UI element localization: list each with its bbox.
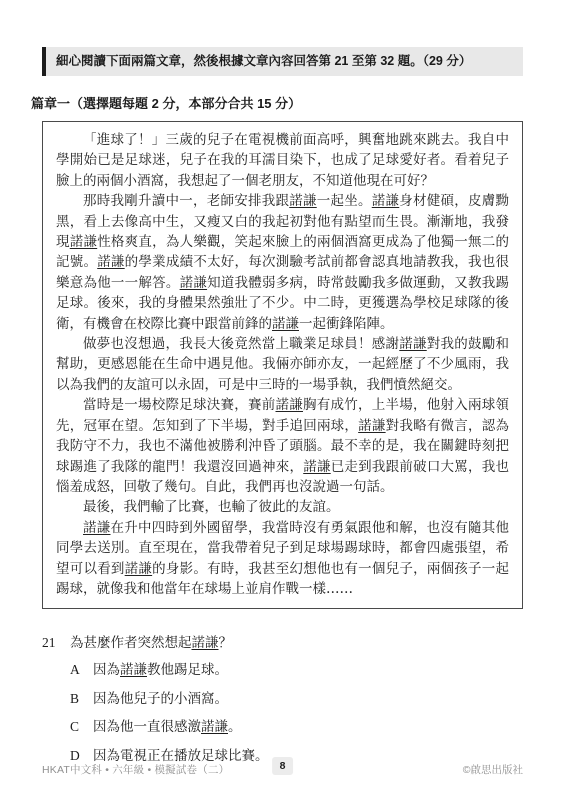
passage-paragraph: 「進球了！」三歲的兒子在電視機前面高呼，興奮地跳來跳去。我自中學開始已是足球迷，… <box>56 130 509 191</box>
option-letter: B <box>70 691 93 707</box>
option-row: C因為他一直很感激諾謙。 <box>70 715 523 735</box>
section-heading: 篇章一（選擇題每題 2 分，本部分合共 15 分） <box>31 93 301 112</box>
question-block: 21 為甚麼作者突然想起諾謙？ A因為諾謙教他踢足球。B因為他兒子的小酒窩。C因… <box>42 631 523 772</box>
option-letter: C <box>70 719 93 735</box>
question-stem-row: 21 為甚麼作者突然想起諾謙？ <box>42 631 523 651</box>
page-footer: HKAT中文科 • 六年級 • 模擬試卷（二） 8 ©啟思出版社 <box>42 757 523 779</box>
instruction-text: 細心閱讀下面兩篇文章，然後根據文章內容回答第 21 至第 32 題。（29 分） <box>46 47 479 76</box>
option-row: A因為諾謙教他踢足球。 <box>70 658 523 678</box>
option-text: 因為諾謙教他踢足球。 <box>93 658 523 678</box>
instruction-banner: 細心閱讀下面兩篇文章，然後根據文章內容回答第 21 至第 32 題。（29 分） <box>42 47 523 76</box>
footer-left-text: HKAT中文科 • 六年級 • 模擬試卷（二） <box>42 762 229 777</box>
option-letter: A <box>70 662 93 678</box>
question-stem: 為甚麼作者突然想起諾謙？ <box>70 631 523 651</box>
option-text: 因為他一直很感激諾謙。 <box>93 715 523 735</box>
option-row: B因為他兒子的小酒窩。 <box>70 687 523 707</box>
footer-right-text: ©啟思出版社 <box>463 762 523 777</box>
exam-page: 細心閱讀下面兩篇文章，然後根據文章內容回答第 21 至第 32 題。（29 分）… <box>0 0 566 800</box>
passage-paragraph: 諾謙在升中四時到外國留學，我當時沒有勇氣跟他和解，也沒有隨其他同學去送別。直至現… <box>56 518 509 600</box>
option-text: 因為他兒子的小酒窩。 <box>93 687 523 707</box>
passage-paragraph: 那時我剛升讀中一，老師安排我跟諾謙一起坐。諾謙身材健碩，皮膚黝黑，看上去像高中生… <box>56 191 509 334</box>
passage-paragraph: 最後，我們輸了比賽，也輸了彼此的友誼。 <box>56 497 509 517</box>
passage-paragraph: 做夢也沒想過，我長大後竟然當上職業足球員！感謝諾謙對我的鼓勵和幫助，更感恩能在生… <box>56 334 509 395</box>
passage-box: 「進球了！」三歲的兒子在電視機前面高呼，興奮地跳來跳去。我自中學開始已是足球迷，… <box>42 121 523 609</box>
passage-paragraph: 當時是一場校際足球決賽，賽前諾謙胸有成竹，上半場，他射入兩球領先，冠軍在望。怎知… <box>56 395 509 497</box>
question-options: A因為諾謙教他踢足球。B因為他兒子的小酒窩。C因為他一直很感激諾謙。D因為電視正… <box>70 658 523 764</box>
page-number-badge: 8 <box>272 757 294 775</box>
question-number: 21 <box>42 635 70 651</box>
passage-body: 「進球了！」三歲的兒子在電視機前面高呼，興奮地跳來跳去。我自中學開始已是足球迷，… <box>56 130 509 599</box>
